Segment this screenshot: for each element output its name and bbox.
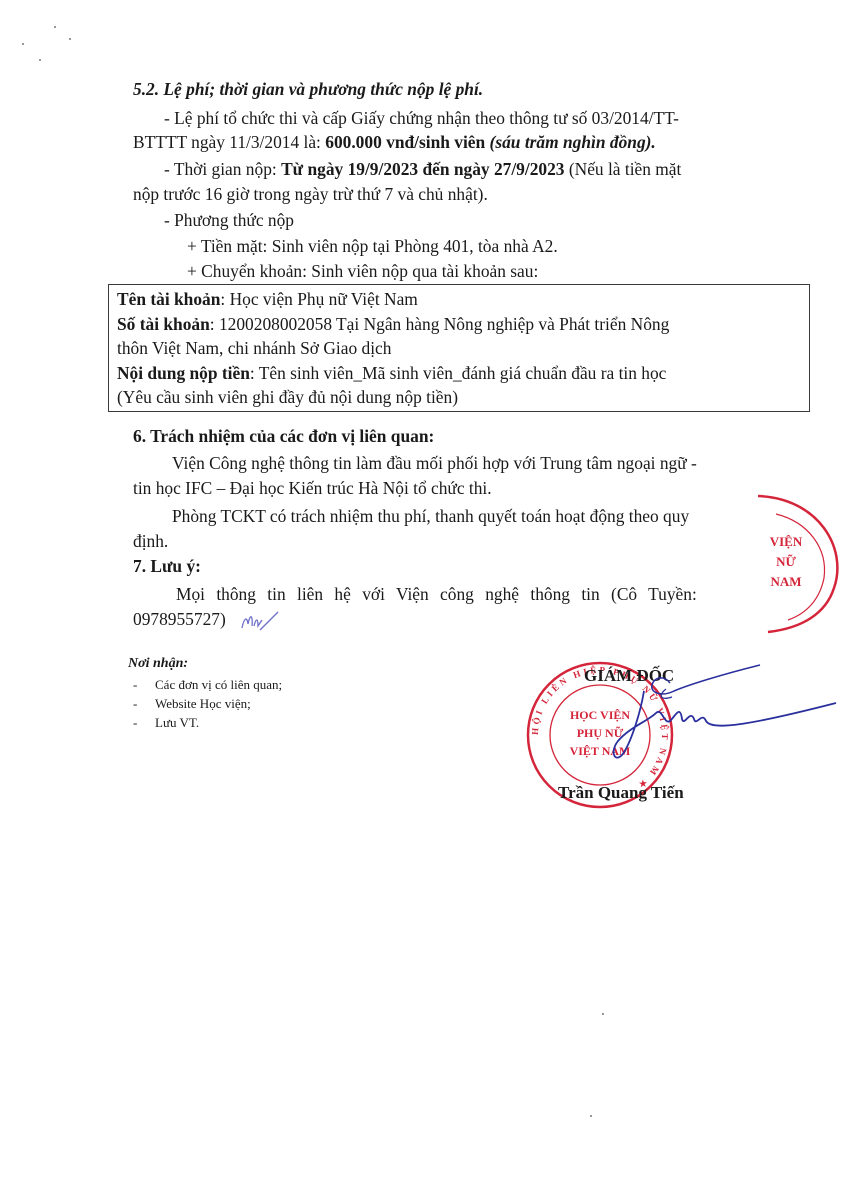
recipient-label: Lưu VT. <box>155 715 199 734</box>
transfer-content-note: (Yêu cầu sinh viên ghi đầy đủ nội dung n… <box>117 386 458 408</box>
section-6-para-1-line-2: tin học IFC – Đại học Kiến trúc Hà Nội t… <box>133 477 492 499</box>
scan-speck <box>39 59 41 61</box>
bullet: - <box>133 696 155 715</box>
recipient-item: -Các đơn vị có liên quan; <box>133 677 282 696</box>
payment-method-transfer: + Chuyển khoản: Sinh viên nộp qua tài kh… <box>187 260 538 282</box>
section-5-2-heading: 5.2. Lệ phí; thời gian và phương thức nộ… <box>133 78 483 100</box>
transfer-content-row: Nội dung nộp tiền: Tên sinh viên_Mã sinh… <box>117 362 666 384</box>
payment-time-line-2: nộp trước 16 giờ trong ngày trừ thứ 7 và… <box>133 183 488 205</box>
payment-method-label: - Phương thức nộp <box>164 209 294 231</box>
handwritten-signature-icon <box>600 655 840 765</box>
account-name-value: : Học viện Phụ nữ Việt Nam <box>220 289 417 309</box>
scan-speck <box>590 1115 592 1117</box>
section-6-para-2-line-1: Phòng TCKT có trách nhiệm thu phí, thanh… <box>172 505 689 527</box>
account-number-value: : 1200208002058 Tại Ngân hàng Nông nghiệ… <box>210 314 670 334</box>
payment-time-line: - Thời gian nộp: Từ ngày 19/9/2023 đến n… <box>164 158 681 180</box>
scan-speck <box>602 1013 604 1015</box>
side-stamp-line: NAM <box>766 572 806 592</box>
bullet: - <box>133 677 155 696</box>
account-number-row: Số tài khoản: 1200208002058 Tại Ngân hàn… <box>117 313 669 335</box>
transfer-content-value: : Tên sinh viên_Mã sinh viên_đánh giá ch… <box>250 363 666 383</box>
transfer-content-label: Nội dung nộp tiền <box>117 363 250 383</box>
bullet: - <box>133 715 155 734</box>
side-stamp-line: NỮ <box>766 552 806 572</box>
signatory-name: Trần Quang Tiến <box>558 782 684 804</box>
section-6-para-2-line-2: định. <box>133 530 168 552</box>
bank-branch: thôn Việt Nam, chi nhánh Sở Giao dịch <box>117 337 391 359</box>
payment-time-label: - Thời gian nộp: <box>164 159 281 179</box>
recipient-label: Các đơn vị có liên quan; <box>155 677 282 696</box>
payment-time-note: (Nếu là tiền mặt <box>565 159 682 179</box>
scan-speck <box>22 43 24 45</box>
side-stamp-text: VIỆN NỮ NAM <box>766 532 806 592</box>
side-stamp-line: VIỆN <box>766 532 806 552</box>
payment-method-cash: + Tiền mặt: Sinh viên nộp tại Phòng 401,… <box>187 235 558 257</box>
section-7-line-1: Mọi thông tin liên hệ với Viện công nghệ… <box>176 583 697 605</box>
account-name-label: Tên tài khoản <box>117 289 220 309</box>
recipient-label: Website Học viện; <box>155 696 251 715</box>
initials-mark-icon <box>238 606 282 636</box>
section-6-para-1-line-1: Viện Công nghệ thông tin làm đầu mối phố… <box>172 452 697 474</box>
bank-account-box: Tên tài khoản: Học viện Phụ nữ Việt Nam … <box>108 284 810 412</box>
scan-speck <box>54 26 56 28</box>
fee-amount-words: (sáu trăm nghìn đồng). <box>485 132 656 152</box>
payment-time-range: Từ ngày 19/9/2023 đến ngày 27/9/2023 <box>281 159 564 179</box>
document-page: 5.2. Lệ phí; thời gian và phương thức nộ… <box>0 0 848 1200</box>
recipient-item: -Lưu VT. <box>133 715 282 734</box>
section-6-heading: 6. Trách nhiệm của các đơn vị liên quan: <box>133 425 434 447</box>
account-name-row: Tên tài khoản: Học viện Phụ nữ Việt Nam <box>117 288 418 310</box>
section-7-line-2: 0978955727) <box>133 608 226 630</box>
fee-regulation: BTTTT ngày 11/3/2014 là: <box>133 132 325 152</box>
recipients-list: -Các đơn vị có liên quan; -Website Học v… <box>133 677 282 734</box>
section-7-heading: 7. Lưu ý: <box>133 555 201 577</box>
account-number-label: Số tài khoản <box>117 314 210 334</box>
fee-amount: 600.000 vnđ/sinh viên <box>325 132 485 152</box>
fee-line-1: - Lệ phí tổ chức thi và cấp Giấy chứng n… <box>164 107 784 129</box>
recipient-item: -Website Học viện; <box>133 696 282 715</box>
fee-line-2: BTTTT ngày 11/3/2014 là: 600.000 vnđ/sin… <box>133 131 656 153</box>
recipients-heading: Nơi nhận: <box>128 655 188 673</box>
scan-speck <box>69 38 71 40</box>
